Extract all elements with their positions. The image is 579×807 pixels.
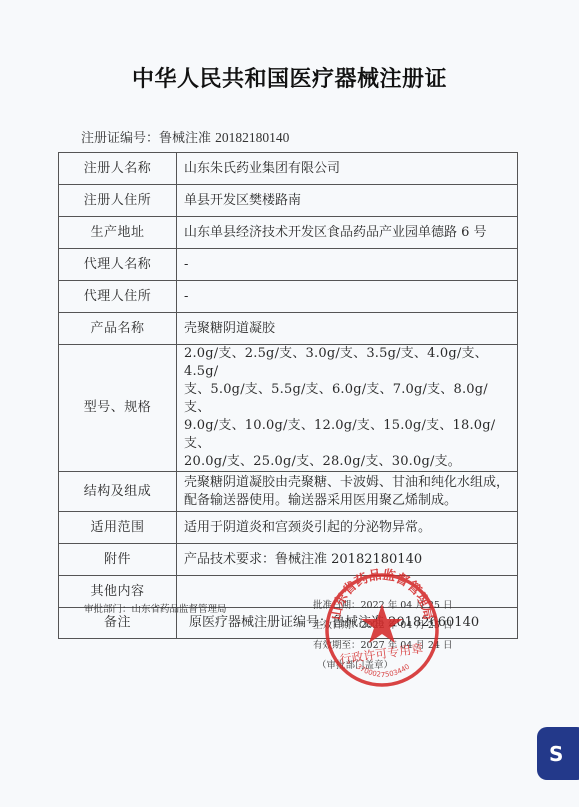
document-title: 中华人民共和国医疗器械注册证: [0, 62, 579, 93]
registrant-address: 单县开发区樊楼路南: [177, 185, 518, 217]
agent-name: -: [177, 249, 518, 281]
table-row: 代理人住所 -: [59, 281, 518, 313]
table-row: 注册人名称 山东朱氏药业集团有限公司: [59, 153, 518, 185]
table-row: 注册人住所 单县开发区樊楼路南: [59, 185, 518, 217]
table-row: 型号、规格 2.0g/支、2.5g/支、3.0g/支、3.5g/支、4.0g/支…: [59, 345, 518, 472]
row-label: 注册人名称: [59, 153, 177, 185]
composition-line: 配备输送器使用。输送器采用医用聚乙烯制成。: [184, 492, 513, 510]
row-label: 型号、规格: [59, 345, 177, 472]
product-name: 壳聚糖阴道凝胶: [177, 313, 518, 345]
table-row: 生产地址 山东单县经济技术开发区食品药品产业园单德路 6 号: [59, 217, 518, 249]
agent-address: -: [177, 281, 518, 313]
model-specifications: 2.0g/支、2.5g/支、3.0g/支、3.5g/支、4.0g/支、4.5g/…: [177, 345, 518, 472]
registration-number-prefix: 鲁械注准: [159, 131, 211, 146]
row-label: 附件: [59, 544, 177, 576]
row-label: 生产地址: [59, 217, 177, 249]
spec-line: 20.0g/支、25.0g/支、28.0g/支、30.0g/支。: [184, 453, 513, 471]
table-row: 适用范围 适用于阴道炎和宫颈炎引起的分泌物异常。: [59, 512, 518, 544]
row-label: 代理人住所: [59, 281, 177, 313]
intended-use: 适用于阴道炎和宫颈炎引起的分泌物异常。: [177, 512, 518, 544]
approval-department: 审批部门：山东省药品监督管理局: [84, 601, 227, 615]
seal-bottom-text: 行政许可专用章: [339, 640, 424, 667]
table-row: 附件 产品技术要求：鲁械注准 20182180140: [59, 544, 518, 576]
registration-number: 注册证编号：鲁械注准 20182180140: [81, 127, 289, 146]
structure-composition: 壳聚糖阴道凝胶由壳聚糖、卡波姆、甘油和纯化水组成， 配备输送器使用。输送器采用医…: [177, 472, 518, 512]
registrant-name: 山东朱氏药业集团有限公司: [177, 153, 518, 185]
spec-line: 支、5.0g/支、5.5g/支、6.0g/支、7.0g/支、8.0g/支、: [184, 381, 513, 417]
row-label: 结构及组成: [59, 472, 177, 512]
certificate-table: 注册人名称 山东朱氏药业集团有限公司 注册人住所 单县开发区樊楼路南 生产地址 …: [58, 152, 518, 639]
production-address: 山东单县经济技术开发区食品药品产业园单德路 6 号: [177, 217, 518, 249]
floating-action-button[interactable]: S: [537, 727, 579, 780]
composition-line: 壳聚糖阴道凝胶由壳聚糖、卡波姆、甘油和纯化水组成，: [184, 474, 513, 492]
table-row: 产品名称 壳聚糖阴道凝胶: [59, 313, 518, 345]
row-label: 注册人住所: [59, 185, 177, 217]
spec-line: 9.0g/支、10.0g/支、12.0g/支、15.0g/支、18.0g/支、: [184, 417, 513, 453]
row-label: 代理人名称: [59, 249, 177, 281]
certificate-page: 中华人民共和国医疗器械注册证 注册证编号：鲁械注准 20182180140 注册…: [0, 0, 579, 807]
table-row: 代理人名称 -: [59, 249, 518, 281]
table-row: 结构及组成 壳聚糖阴道凝胶由壳聚糖、卡波姆、甘油和纯化水组成， 配备输送器使用。…: [59, 472, 518, 512]
row-label: 产品名称: [59, 313, 177, 345]
spec-line: 2.0g/支、2.5g/支、3.0g/支、3.5g/支、4.0g/支、4.5g/: [184, 345, 513, 381]
svg-text:3700027503440: 3700027503440: [355, 663, 411, 679]
registration-number-label: 注册证编号：: [81, 131, 159, 146]
s-logo-icon: S: [549, 742, 563, 766]
seal-serial: 3700027503440: [355, 663, 411, 679]
registration-number-value: 20182180140: [215, 130, 289, 145]
official-seal-icon: 山东省药品监督管理局 行政许可专用章 3700027503440: [322, 568, 442, 692]
row-label: 适用范围: [59, 512, 177, 544]
